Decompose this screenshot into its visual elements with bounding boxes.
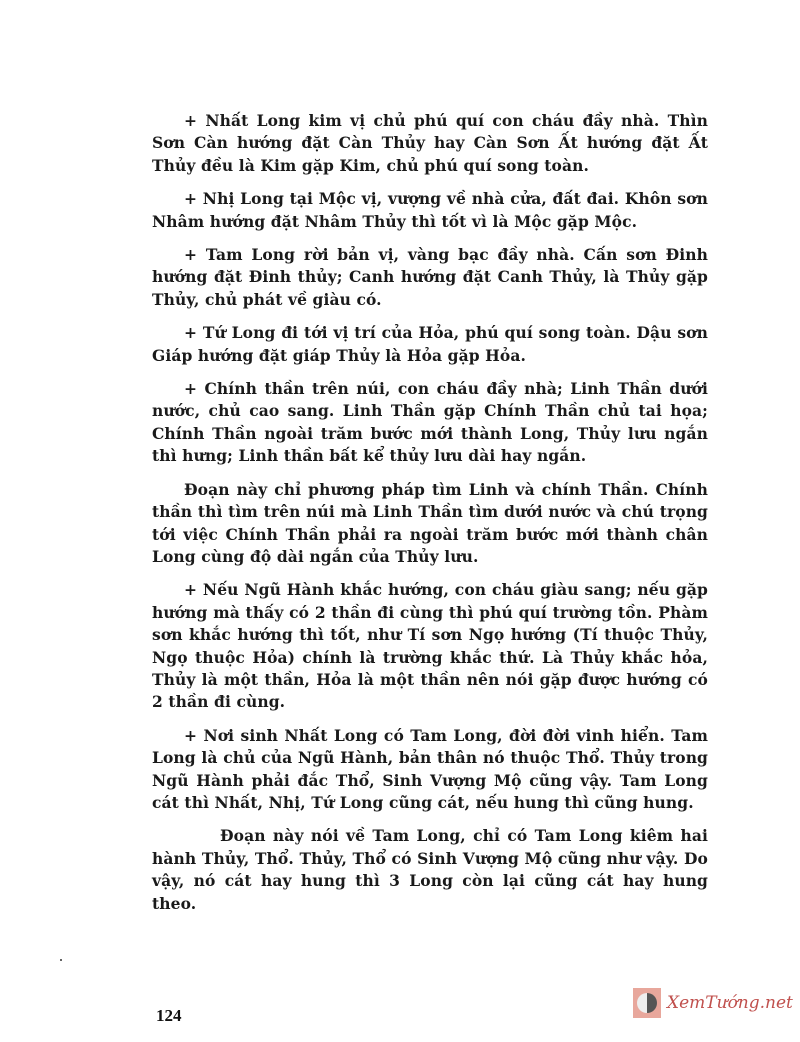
page-number: 124 (156, 1006, 182, 1026)
page-body: + Nhất Long kim vị chủ phú quí con cháu … (152, 110, 708, 926)
paragraph-nhat-long: + Nhất Long kim vị chủ phú quí con cháu … (152, 110, 708, 177)
scan-speck (60, 959, 62, 961)
watermark-text: XemTướng.net (667, 993, 793, 1013)
paragraph-ngu-hanh: + Nếu Ngũ Hành khắc hướng, con cháu giàu… (152, 579, 708, 713)
paragraph-commentary-linh-than: Đoạn này chỉ phương pháp tìm Linh và chí… (152, 479, 708, 569)
paragraph-noi-sinh: + Nơi sinh Nhất Long có Tam Long, đời đờ… (152, 725, 708, 815)
paragraph-tam-long: + Tam Long rời bản vị, vàng bạc đầy nhà.… (152, 244, 708, 311)
paragraph-commentary-tam-long: Đoạn này nói về Tam Long, chỉ có Tam Lon… (152, 825, 708, 915)
watermark: XemTướng.net (633, 988, 793, 1018)
paragraph-tu-long: + Tứ Long đi tới vị trí của Hỏa, phú quí… (152, 322, 708, 367)
paragraph-nhi-long: + Nhị Long tại Mộc vị, vượng về nhà cửa,… (152, 188, 708, 233)
paragraph-chinh-than: + Chính thần trên núi, con cháu đầy nhà;… (152, 378, 708, 468)
yin-yang-icon (633, 988, 661, 1018)
